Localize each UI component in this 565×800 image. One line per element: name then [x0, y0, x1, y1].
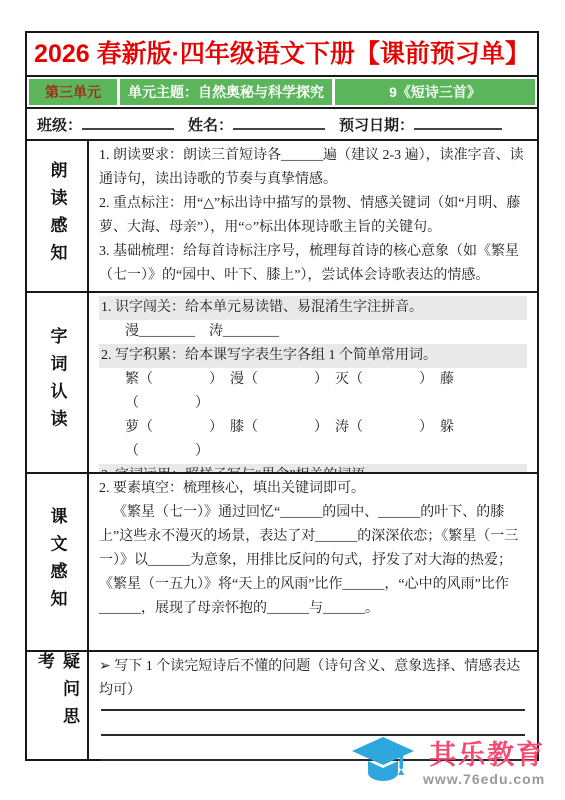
name-label: 姓名：	[188, 117, 233, 134]
name-field: 姓名：	[188, 114, 325, 135]
section-text: 课文感知 2. 要素填空：梳理核心，填出关键词即可。 《繁星（七一）》通过回忆“…	[27, 472, 537, 650]
brand-logo: 其乐教育 www.76edu.com	[351, 733, 551, 795]
words-item-2: 2. 写字积累：给本课写字表生字各组 1 个简单常用词。	[99, 344, 527, 368]
class-label: 班级：	[37, 117, 82, 134]
section-reading-content: 1. 朗读要求：朗读三首短诗各______遍（建议 2-3 遍），读准字音、读通…	[89, 141, 537, 291]
date-field: 预习日期：	[339, 114, 502, 135]
unit-badge: 第三单元	[29, 79, 117, 105]
section-reading-label: 朗读感知	[27, 141, 89, 291]
section-words: 字词认读 1. 识字闯关：给本单元易读错、易混淆生字注拼音。 漫________…	[27, 291, 537, 472]
unit-theme: 单元主题：自然奥秘与科学探究	[120, 79, 332, 105]
brand-name: 其乐教育	[429, 740, 545, 770]
reading-item-2[interactable]: 2. 重点标注：用“△”标出诗中描写的景物、情感关键词（如“月明、藤萝、大海、母…	[99, 192, 527, 240]
words-item-1: 1. 识字闯关：给本单元易读错、易混淆生字注拼音。	[99, 296, 527, 320]
section-reading: 朗读感知 1. 朗读要求：朗读三首短诗各______遍（建议 2-3 遍），读准…	[27, 139, 537, 291]
date-input[interactable]	[414, 116, 502, 130]
date-label: 预习日期：	[339, 117, 414, 134]
student-info-row: 班级： 姓名： 预习日期：	[27, 107, 537, 139]
text-item-header: 2. 要素填空：梳理核心，填出关键词即可。	[99, 477, 527, 501]
words-compose-row-2[interactable]: 萝（ ） 膝（ ） 涛（ ） 躲（ ）	[99, 416, 527, 464]
section-text-label: 课文感知	[27, 474, 89, 650]
words-item-3: 3. 字词运用：照样子写与“思念”相关的词语。	[99, 464, 527, 472]
unit-info-bar: 第三单元 单元主题：自然奥秘与科学探究 9《短诗三首》	[27, 77, 537, 107]
words-compose-row-1[interactable]: 繁（ ） 漫（ ） 灭（ ） 藤（ ）	[99, 368, 527, 416]
lesson-title: 9《短诗三首》	[335, 79, 535, 105]
class-field: 班级：	[37, 114, 174, 135]
graduation-cap-icon	[351, 735, 415, 793]
brand-url: www.76edu.com	[423, 770, 545, 788]
worksheet-sheet: 2026 春新版·四年级语文下册【课前预习单】 第三单元 单元主题：自然奥秘与科…	[25, 31, 539, 761]
brand-text: 其乐教育 www.76edu.com	[423, 740, 545, 788]
question-prompt: ➢ 写下 1 个读完短诗后不懂的问题（诗句含义、意象选择、情感表达均可）	[99, 655, 527, 703]
class-input[interactable]	[82, 116, 174, 130]
text-fill-paragraph[interactable]: 《繁星（七一）》通过回忆“______的园中、______的叶下、的膝上”这些永…	[99, 501, 527, 621]
section-question-label: 疑问思考	[27, 652, 89, 761]
name-input[interactable]	[233, 116, 325, 130]
words-pinyin-blanks[interactable]: 漫________ 涛________	[99, 320, 527, 344]
section-text-content: 2. 要素填空：梳理核心，填出关键词即可。 《繁星（七一）》通过回忆“_____…	[89, 474, 537, 650]
page-title: 2026 春新版·四年级语文下册【课前预习单】	[27, 33, 537, 77]
answer-line-1[interactable]	[101, 703, 525, 711]
reading-item-3[interactable]: 3. 基础梳理：给每首诗标注序号，梳理每首诗的核心意象（如《繁星（七一）》的“园…	[99, 240, 527, 288]
section-words-label: 字词认读	[27, 293, 89, 472]
section-words-content: 1. 识字闯关：给本单元易读错、易混淆生字注拼音。 漫________ 涛___…	[89, 293, 537, 472]
reading-item-1[interactable]: 1. 朗读要求：朗读三首短诗各______遍（建议 2-3 遍），读准字音、读通…	[99, 144, 527, 192]
